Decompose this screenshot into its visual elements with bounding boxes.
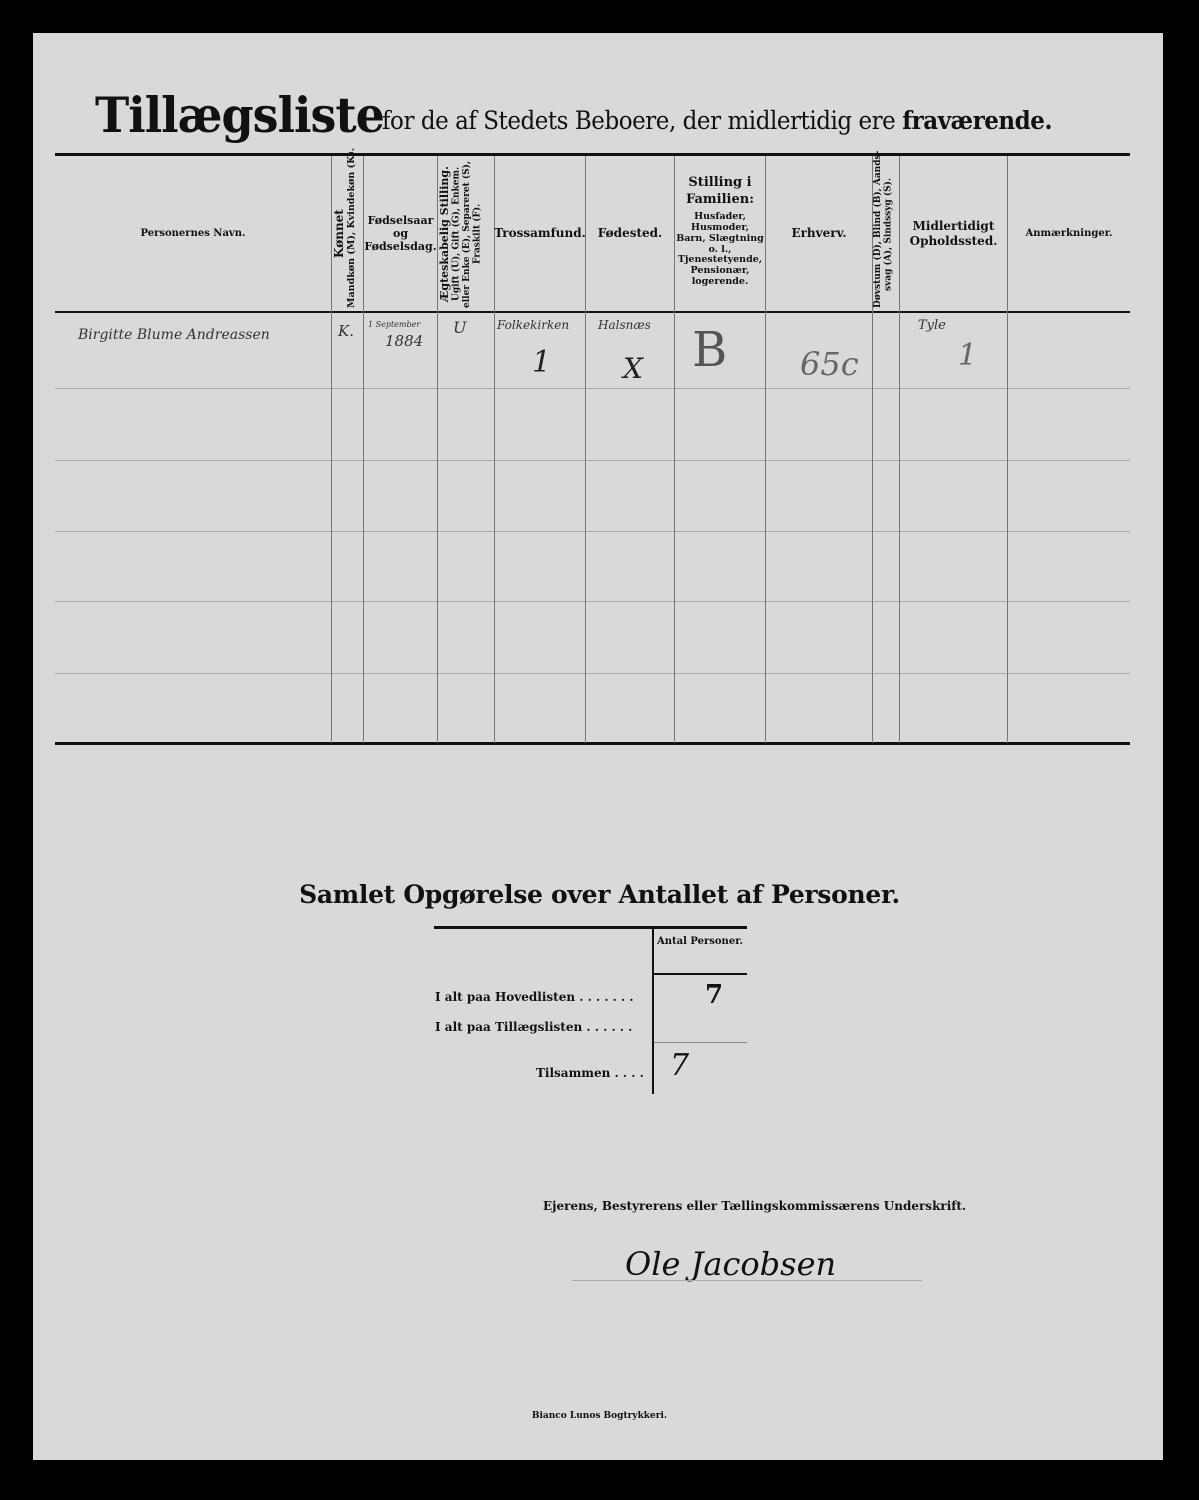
- cell-aegteskab: U: [453, 318, 466, 337]
- summary-vertical-rule: [652, 928, 654, 1094]
- row-divider: [55, 388, 1130, 389]
- cell-erhverv: 65c: [800, 345, 859, 383]
- summary-label-tillaegslisten: I alt paa Tillægslisten . . . . . .: [435, 1020, 632, 1034]
- summary-header-rule: [654, 973, 747, 975]
- cell-fodested: Halsnæs: [598, 318, 651, 332]
- summary-label-hovedlisten: I alt paa Hovedlisten . . . . . . .: [435, 990, 634, 1004]
- header-tro: Trossamfund.: [495, 156, 585, 311]
- header-anm: Anmærkninger.: [1008, 156, 1130, 311]
- header-bottom-rule: [55, 311, 1130, 313]
- form-title: Tillægsliste: [95, 91, 384, 139]
- header-aegteskab: Ægteskabelig Stilling. Ugift (U), Gift (…: [439, 160, 493, 308]
- cell-stilling: B: [692, 322, 727, 378]
- cell-kon: K.: [338, 322, 354, 340]
- cell-tro: Folkekirken: [497, 318, 569, 332]
- header-handicap: Døvstum (D), Blind (B), Aands- svag (A),…: [873, 160, 899, 308]
- printer-imprint: Bianco Lunos Bogtrykkeri.: [0, 1411, 1199, 1421]
- row-divider: [55, 460, 1130, 461]
- cell-tro-code: 1: [532, 345, 551, 380]
- header-stilling: Stilling i Familien: Husfader, Husmoder,…: [675, 175, 765, 295]
- row-divider: [55, 673, 1130, 674]
- row-divider: [55, 601, 1130, 602]
- cell-fodsel-day: 1 September: [368, 320, 420, 329]
- header-kon: Kønnet Mandkøn (M), Kvindekøn (K).: [333, 160, 361, 308]
- summary-value-hovedlisten: 7: [705, 980, 723, 1010]
- header-navn: Personernes Navn.: [55, 156, 331, 311]
- summary-title: Samlet Opgørelse over Antallet af Person…: [0, 880, 1199, 909]
- cell-navn: Birgitte Blume Andreassen: [78, 327, 270, 343]
- header-erhverv: Erhverv.: [766, 156, 872, 311]
- row-divider: [55, 531, 1130, 532]
- form-subtitle: for de af Stedets Beboere, der midlertid…: [382, 108, 1052, 133]
- summary-label-tilsammen: Tilsammen . . . .: [536, 1066, 644, 1080]
- cell-fodsel-year: 1884: [385, 332, 423, 350]
- header-ophold: Midlertidigt Opholdssted.: [900, 156, 1007, 311]
- header-fodsel: Fødselsaar og Fødselsdag.: [364, 156, 437, 311]
- summary-col-header: Antal Personer.: [655, 934, 745, 949]
- signature-name: Ole Jacobsen: [625, 1245, 836, 1283]
- summary-top-rule: [434, 926, 747, 929]
- header-fodested: Fødested.: [586, 156, 674, 311]
- signature-label: Ejerens, Bestyrerens eller Tællingskommi…: [543, 1199, 966, 1213]
- table-bottom-rule: [55, 742, 1130, 745]
- cell-fodested-code: X: [623, 352, 643, 385]
- signature-line: [572, 1280, 922, 1281]
- summary-subtotal-rule: [654, 1042, 747, 1043]
- cell-ophold: Tyle: [918, 318, 946, 333]
- summary-value-tilsammen: 7: [670, 1048, 689, 1083]
- cell-ophold-code: 1: [958, 338, 977, 373]
